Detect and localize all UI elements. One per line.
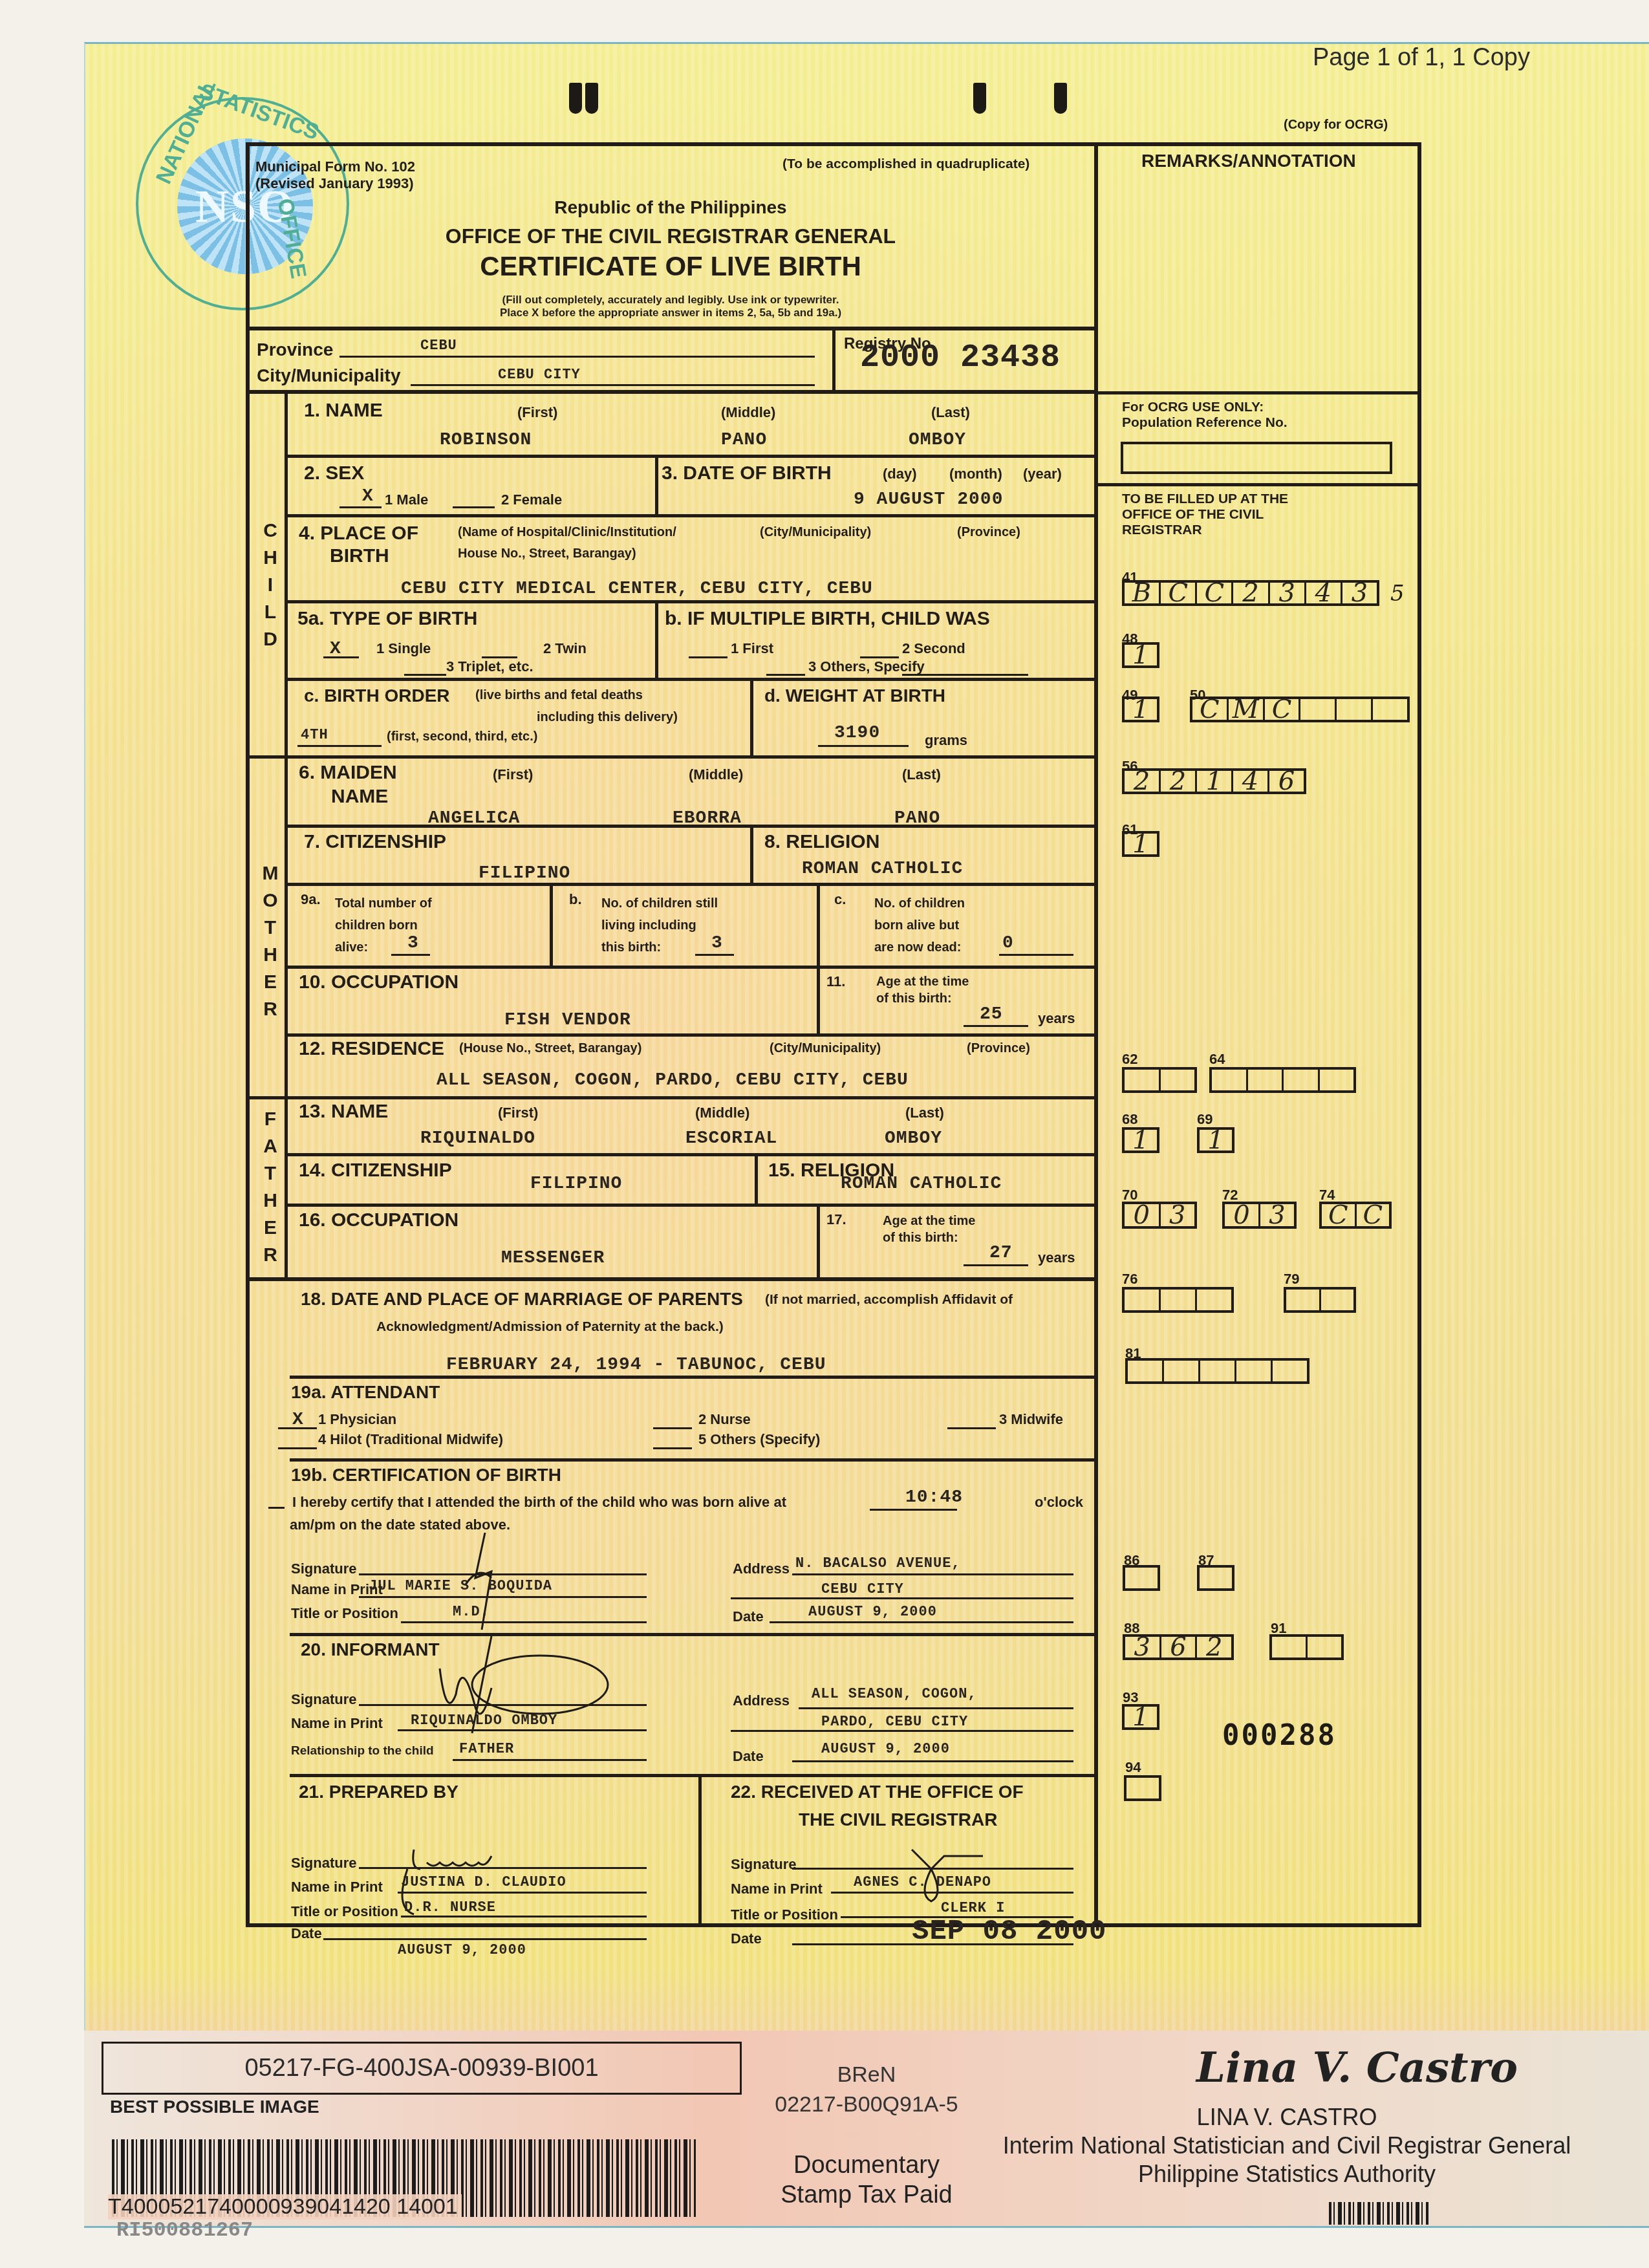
underline [404, 674, 446, 676]
code-box-94[interactable] [1124, 1775, 1161, 1801]
certification-text-3: am/pm on the date stated above. [290, 1517, 510, 1533]
code-cell [1200, 1568, 1232, 1588]
middle-hint: (Middle) [689, 766, 743, 783]
population-reference-input[interactable] [1121, 442, 1392, 474]
form-number: Municipal Form No. 102 (Revised January … [255, 158, 415, 192]
code-box-91[interactable] [1269, 1634, 1344, 1660]
maiden-name-label: 6. MAIDEN [299, 762, 397, 784]
code-label-94: 94 [1125, 1759, 1141, 1776]
last-hint: (Last) [902, 766, 941, 783]
divider [750, 825, 753, 883]
code-cell: 2 [1197, 1637, 1231, 1658]
father-first-name: RIQUINALDO [420, 1129, 535, 1149]
child-name-label: 1. NAME [304, 400, 383, 422]
underline [359, 1596, 647, 1598]
code-cell [1321, 1290, 1354, 1310]
attendant-hilot: 4 Hilot (Traditional Midwife) [318, 1431, 503, 1448]
multiple-others: 3 Others, Specify [808, 658, 925, 675]
divider [246, 327, 1098, 330]
code-cell: B [1125, 583, 1161, 603]
dob-day-hint: (day) [883, 466, 917, 482]
code-cell [1273, 1361, 1307, 1381]
code-box-70[interactable]: 0 3 [1122, 1202, 1197, 1229]
code-cell: 4 [1306, 583, 1342, 603]
divider-child-mother [246, 755, 1098, 759]
code-cell: C [1197, 583, 1233, 603]
punch-mark [1054, 83, 1067, 114]
divider [755, 1153, 758, 1204]
preparer-title-value: D.R. NURSE [404, 1899, 496, 1916]
mother-religion-value: ROMAN CATHOLIC [802, 859, 963, 879]
receiver-title-value: CLERK I [941, 1900, 1005, 1916]
signatory-organization: Philippine Statistics Authority [944, 2160, 1630, 2188]
sex-male-checkmark[interactable]: X [362, 486, 374, 506]
mother-age-value: 25 [980, 1004, 1003, 1024]
code-cell: 6 [1161, 1637, 1198, 1658]
dob-month-hint: (month) [949, 466, 1002, 482]
child-middle-name: PANO [721, 430, 767, 450]
last-hint: (Last) [905, 1105, 944, 1121]
living-children-label: b. [569, 891, 582, 908]
code-box-50[interactable]: C M C [1190, 697, 1410, 722]
signature-label: Signature [291, 1855, 356, 1872]
section-label-father: FATHER [257, 1106, 283, 1269]
birth-order-hint-2: including this delivery) [537, 710, 678, 725]
code-cell: C [1161, 583, 1197, 603]
code-cell: 1 [1125, 699, 1157, 720]
birth-weight-value: 3190 [834, 723, 880, 743]
father-age-label: 17. [826, 1211, 846, 1228]
attendant-others: 5 Others (Specify) [698, 1431, 820, 1448]
code-box-72[interactable]: 0 3 [1222, 1202, 1297, 1229]
code-cell [1248, 1070, 1284, 1090]
quadruplicate-note: (To be accomplished in quadruplicate) [782, 157, 1029, 172]
ocrg-use-only: For OCRG USE ONLY: Population Reference … [1122, 400, 1288, 431]
code-cell: 1 [1125, 1130, 1157, 1150]
informant-name-value: RIQUINALDO OMBOY [411, 1712, 557, 1729]
signature-label: Signature [291, 1691, 356, 1708]
name-in-print-label: Name in Print [731, 1881, 823, 1897]
father-name-label: 13. NAME [299, 1101, 388, 1123]
divider [817, 1204, 820, 1277]
code-cell: 3 [1125, 1637, 1161, 1658]
divider [698, 1774, 702, 1927]
code-cell: 6 [1269, 771, 1304, 792]
underline [689, 656, 727, 658]
hint-line: Age at the time [876, 973, 969, 990]
form-number-text: Municipal Form No. 102 [255, 158, 415, 175]
birth-type-label: 5a. TYPE OF BIRTH [297, 608, 477, 630]
code-cell: 1 [1125, 645, 1157, 665]
code-box-62[interactable] [1122, 1067, 1197, 1093]
ocrg-line: For OCRG USE ONLY: [1122, 400, 1288, 415]
hint-line: living including [601, 914, 718, 936]
child-first-name: ROBINSON [440, 430, 532, 450]
father-occupation-value: MESSENGER [501, 1248, 605, 1268]
mother-age-label: 11. [826, 973, 845, 990]
living-children-value: 3 [711, 933, 723, 953]
living-children-hint: No. of children still living including t… [601, 892, 718, 958]
name-in-print-label: Name in Print [291, 1715, 383, 1732]
mother-age-unit: years [1038, 1010, 1075, 1027]
hint-line: are now dead: [874, 936, 965, 958]
divider [290, 1633, 1096, 1636]
code-box-74[interactable]: C C [1319, 1202, 1392, 1229]
code-cell [1300, 699, 1337, 720]
code-cell [1125, 1568, 1158, 1588]
underline [323, 1938, 647, 1940]
code-label-62: 62 [1122, 1051, 1137, 1068]
divider [817, 883, 820, 966]
birth-order-hint: (live births and fetal deaths [475, 688, 643, 703]
address-label: Address [733, 1692, 790, 1709]
code-cell: 1 [1125, 1707, 1157, 1727]
instructions-line-2: Place X before the appropriate answer in… [247, 307, 1094, 319]
first-hint: (First) [498, 1105, 538, 1121]
code-cell [1161, 1070, 1195, 1090]
attendant-date-value: AUGUST 9, 2000 [808, 1604, 937, 1620]
divider [1094, 391, 1421, 394]
divider [817, 966, 820, 1033]
pob-hint: (Name of Hospital/Clinic/Institution/ [458, 525, 676, 540]
city-label: City/Municipality [257, 365, 400, 386]
date-label: Date [731, 1930, 762, 1947]
note-line: OFFICE OF THE CIVIL [1122, 507, 1288, 523]
father-age-hint: Age at the time of this birth: [883, 1213, 975, 1246]
code-cell [1236, 1361, 1273, 1381]
divider [285, 1153, 1096, 1156]
underline [799, 1707, 1073, 1709]
sex-male-option: 1 Male [385, 491, 428, 508]
hint-line: born alive but [874, 914, 965, 936]
residence-value: ALL SEASON, COGON, PARDO, CEBU CITY, CEB… [436, 1070, 909, 1090]
section-label-child: CHILD [257, 517, 283, 653]
date-label: Date [733, 1748, 764, 1765]
code-cell: 3 [1270, 583, 1306, 603]
underline [766, 674, 805, 676]
code-box-68[interactable]: 1 [1122, 1127, 1159, 1153]
republic-text: Republic of the Philippines [247, 197, 1094, 218]
pob-city-hint: (City/Municipality) [760, 525, 871, 540]
birth-time-value: 10:48 [905, 1487, 963, 1507]
code-cell: 2 [1161, 771, 1197, 792]
birth-type-twin: 2 Twin [543, 640, 587, 657]
underline [453, 1759, 647, 1761]
code-cell [1212, 1070, 1248, 1090]
date-label: Date [291, 1925, 322, 1942]
divider-mother-father [246, 1096, 1098, 1099]
sex-label: 2. SEX [304, 462, 364, 484]
serial-number: 000288 [1222, 1719, 1337, 1752]
code-cell: C [1322, 1204, 1357, 1226]
code-cell: 1 [1200, 1130, 1232, 1150]
birth-type-single-checkmark[interactable]: X [330, 639, 341, 659]
underline [792, 1760, 1073, 1762]
mother-citizenship-value: FILIPINO [479, 863, 570, 883]
divider [246, 390, 1098, 394]
birth-weight-label: d. WEIGHT AT BIRTH [764, 686, 945, 706]
underline [297, 745, 382, 747]
hint-line: of this birth: [883, 1229, 975, 1246]
code-cell: 0 [1225, 1204, 1260, 1226]
underline [453, 506, 495, 508]
code-cell [1125, 1290, 1161, 1310]
pob-value: CEBU CITY MEDICAL CENTER, CEBU CITY, CEB… [401, 579, 873, 599]
underline [999, 954, 1073, 956]
code-box-56[interactable]: 2 2 1 4 6 [1122, 768, 1306, 794]
underline [964, 1264, 1028, 1266]
signatory-block: LINA V. CASTRO Interim National Statisti… [944, 2103, 1630, 2188]
underline [653, 1447, 692, 1449]
underline [401, 1916, 647, 1917]
underline [964, 1025, 1028, 1027]
father-citizenship-label: 14. CITIZENSHIP [299, 1160, 452, 1182]
certification-text-2: o'clock [1035, 1494, 1083, 1511]
signature-line [792, 1868, 1073, 1870]
registry-number: 2000 23438 [860, 340, 1061, 376]
attendant-physician-checkmark[interactable]: X [292, 1410, 304, 1430]
code-box-49[interactable]: 1 [1122, 697, 1159, 722]
marriage-label: 18. DATE AND PLACE OF MARRIAGE OF PARENT… [301, 1289, 743, 1310]
document-code-box: 05217-FG-400JSA-00939-BI001 [102, 2042, 742, 2095]
code-box-86[interactable] [1123, 1565, 1160, 1591]
attendant-physician: 1 Physician [318, 1411, 396, 1428]
divider [285, 514, 1096, 517]
informant-date-value: AUGUST 9, 2000 [821, 1741, 950, 1757]
total-children-label: 9a. [301, 891, 321, 908]
middle-hint: (Middle) [721, 404, 775, 421]
code-label-64: 64 [1209, 1051, 1225, 1068]
maiden-name-label-2: NAME [331, 786, 388, 808]
divider [655, 455, 658, 514]
code-box-48[interactable]: 1 [1122, 642, 1159, 668]
city-value: CEBU CITY [498, 367, 581, 383]
receiver-date-stamp: SEP 08 2000 [912, 1916, 1106, 1948]
hint-line: No. of children [874, 892, 965, 914]
divider [290, 1774, 1096, 1777]
residence-city-hint: (City/Municipality) [770, 1041, 881, 1056]
title-label: Title or Position [291, 1903, 398, 1920]
birth-order-value: 4TH [301, 727, 329, 743]
page-info: Page 1 of 1, 1 Copy [1313, 44, 1530, 72]
signature-line [359, 1867, 647, 1869]
code-cell [1200, 1361, 1236, 1381]
punch-mark [585, 83, 598, 114]
divider [832, 327, 835, 391]
signatory-signature: Lina V. Castro [1196, 2044, 1518, 2092]
form-title-block: Republic of the Philippines OFFICE OF TH… [247, 197, 1094, 319]
father-religion-value: ROMAN CATHOLIC [841, 1174, 1002, 1194]
informant-address-line-1: ALL SEASON, COGON, [812, 1686, 977, 1702]
code-cell: 4 [1233, 771, 1269, 792]
province-label: Province [257, 340, 333, 360]
divider [285, 825, 1096, 828]
dob-year-hint: (year) [1023, 466, 1062, 482]
bren-label: BReN [744, 2060, 989, 2090]
preparer-name-value: JUSTINA D. CLAUDIO [401, 1874, 566, 1890]
underline [391, 954, 430, 956]
code-box-61[interactable]: 1 [1122, 831, 1159, 857]
marriage-value: FEBRUARY 24, 1994 - TABUNOC, CEBU [446, 1355, 826, 1375]
attendant-name-value: JUL MARIE S. BOQUIDA [369, 1578, 552, 1594]
marriage-hint-2: Acknowledgment/Admission of Paternity at… [376, 1319, 724, 1335]
divider-father-end [246, 1277, 1098, 1281]
divider [290, 1376, 1096, 1379]
code-cell [1337, 699, 1373, 720]
code-cell [1286, 1290, 1321, 1310]
underline [268, 1507, 285, 1509]
father-middle-name: ESCORIAL [685, 1129, 777, 1149]
birth-order-hint-3: (first, second, third, etc.) [387, 729, 537, 744]
child-last-name: OMBOY [909, 430, 966, 450]
code-box-88[interactable]: 3 6 2 [1123, 1634, 1234, 1660]
code-cell: C [1357, 1204, 1390, 1226]
code-cell [1284, 1070, 1320, 1090]
title-label: Title or Position [291, 1605, 398, 1622]
divider [285, 678, 1096, 681]
code-cell [1126, 1778, 1159, 1798]
underline [278, 1447, 317, 1449]
first-hint: (First) [517, 404, 557, 421]
residence-hint: (House No., Street, Barangay) [459, 1041, 641, 1056]
underline [653, 1427, 692, 1429]
received-label: 22. RECEIVED AT THE OFFICE OF [731, 1782, 1024, 1802]
document-code: 05217-FG-400JSA-00939-BI001 [244, 2055, 598, 2082]
code-box-41[interactable]: B C C 2 3 4 3 [1122, 580, 1379, 606]
note-line: TO BE FILLED UP AT THE [1122, 491, 1288, 507]
residence-province-hint: (Province) [967, 1041, 1030, 1056]
form-revised-text: (Revised January 1993) [255, 175, 415, 192]
multiple-birth-label: b. IF MULTIPLE BIRTH, CHILD WAS [665, 608, 990, 630]
code-box-76[interactable] [1122, 1287, 1234, 1313]
best-possible-image-label: BEST POSSIBLE IMAGE [110, 2097, 319, 2117]
father-occupation-label: 16. OCCUPATION [299, 1209, 458, 1231]
attendant-address-line-2: CEBU CITY [821, 1581, 904, 1597]
underline [401, 1621, 647, 1623]
code-box-64[interactable] [1209, 1067, 1356, 1093]
divider [1094, 483, 1421, 486]
dead-children-hint: No. of children born alive but are now d… [874, 892, 965, 958]
underline [339, 356, 815, 358]
total-children-value: 3 [407, 933, 419, 953]
informant-relationship-value: FATHER [459, 1741, 514, 1757]
mother-citizenship-label: 7. CITIZENSHIP [304, 831, 446, 853]
underline [695, 954, 734, 956]
informant-address-line-2: PARDO, CEBU CITY [821, 1714, 968, 1730]
receiver-name-value: AGNES C. DENAPO [854, 1874, 991, 1890]
pob-label-2: BIRTH [330, 545, 389, 567]
hint-line: of this birth: [876, 990, 969, 1007]
punch-mark [569, 83, 582, 114]
informant-label: 20. INFORMANT [301, 1639, 440, 1660]
divider [285, 883, 1096, 886]
marriage-hint: (If not married, accomplish Affidavit of [765, 1292, 1013, 1308]
punch-mark [973, 83, 986, 114]
underline [831, 1892, 1073, 1894]
code-cell [1125, 1070, 1161, 1090]
civil-registrar-note: TO BE FILLED UP AT THE OFFICE OF THE CIV… [1122, 491, 1288, 538]
underline [902, 674, 1028, 676]
small-barcode-icon [1329, 2202, 1429, 2225]
remarks-title: REMARKS/ANNOTATION [1141, 151, 1356, 171]
ocrg-line: Population Reference No. [1122, 415, 1288, 431]
divider [750, 678, 753, 757]
date-label: Date [733, 1608, 764, 1625]
multiple-first: 1 First [731, 640, 773, 657]
attendant-title-value: M.D. [453, 1604, 490, 1620]
code-box-69[interactable]: 1 [1197, 1127, 1234, 1153]
father-age-unit: years [1038, 1249, 1075, 1266]
underline [770, 1621, 1073, 1623]
signature-label: Signature [731, 1856, 796, 1873]
code-cell: C [1192, 699, 1229, 720]
mother-occupation-value: FISH VENDOR [504, 1010, 631, 1030]
residence-label: 12. RESIDENCE [299, 1038, 444, 1060]
received-label-2: THE CIVIL REGISTRAR [799, 1809, 998, 1830]
divider [285, 600, 1096, 603]
divider [290, 1458, 1096, 1462]
code-cell: 1 [1125, 834, 1157, 854]
address-label: Address [733, 1561, 790, 1577]
code-cell: 2 [1125, 771, 1161, 792]
code-cell [1308, 1637, 1341, 1658]
code-box-87[interactable] [1197, 1565, 1234, 1591]
code-box-93[interactable]: 1 [1122, 1704, 1159, 1730]
signatory-name: LINA V. CASTRO [944, 2103, 1630, 2132]
divider [550, 883, 553, 966]
underline [818, 745, 909, 747]
certification-label: 19b. CERTIFICATION OF BIRTH [291, 1465, 561, 1485]
divider [655, 600, 658, 678]
section-label-mother: MOTHER [257, 860, 283, 1023]
attendant-address-line-1: N. BACALSO AVENUE, [795, 1555, 961, 1571]
pob-hint-2: House No., Street, Barangay) [458, 546, 636, 561]
section-label-divider [285, 390, 288, 1279]
birth-type-triplet: 3 Triplet, etc. [446, 658, 533, 675]
code-box-81[interactable] [1125, 1358, 1309, 1384]
divider [285, 966, 1096, 969]
code-cell: 2 [1233, 583, 1269, 603]
attendant-label: 19a. ATTENDANT [291, 1382, 440, 1403]
code-cell: 3 [1342, 583, 1377, 603]
code-box-79[interactable] [1284, 1287, 1356, 1313]
code-cell [1128, 1361, 1164, 1381]
hint-line: Total number of [335, 892, 432, 914]
underline [398, 1892, 647, 1894]
code-label-79: 79 [1284, 1271, 1299, 1288]
code-cell: 3 [1260, 1204, 1294, 1226]
code-41-trailing: 5 [1390, 581, 1405, 607]
sex-female-option: 2 Female [501, 491, 562, 508]
mother-age-hint: Age at the time of this birth: [876, 973, 969, 1007]
dead-children-label: c. [834, 891, 846, 908]
underline [398, 1729, 647, 1731]
code-cell [1161, 1290, 1197, 1310]
dead-children-value: 0 [1002, 933, 1014, 953]
multiple-second: 2 Second [902, 640, 965, 657]
copy-for-ocrg: (Copy for OCRG) [1284, 118, 1388, 133]
code-cell [1373, 699, 1407, 720]
attendant-midwife: 3 Midwife [999, 1411, 1063, 1428]
code-cell [1197, 1290, 1231, 1310]
informant-signature [420, 1630, 634, 1746]
province-value: CEBU [420, 338, 457, 354]
hint-line: No. of children still [601, 892, 718, 914]
attendant-nurse: 2 Nurse [698, 1411, 751, 1428]
code-cell [1272, 1637, 1308, 1658]
note-line: REGISTRAR [1122, 523, 1288, 538]
code-cell [1164, 1361, 1200, 1381]
